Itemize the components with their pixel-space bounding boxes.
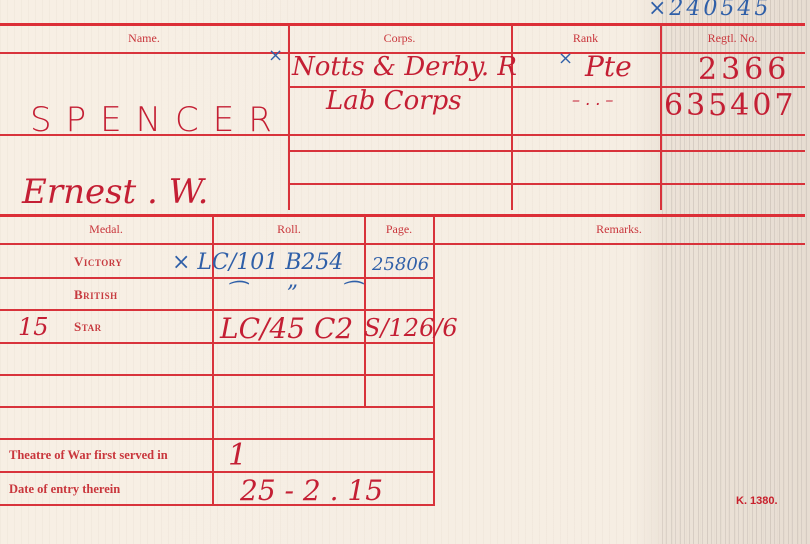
rule	[0, 214, 805, 217]
rule	[290, 150, 805, 152]
rule	[0, 471, 433, 473]
theatre-label: Theatre of War first served in	[9, 448, 168, 463]
rank-mark: ×	[558, 48, 573, 69]
rule	[0, 342, 433, 344]
date-label: Date of entry therein	[9, 482, 120, 497]
name-label: Name.	[0, 31, 288, 46]
regtl-no-label: Regtl. No.	[660, 31, 805, 46]
remarks-header: Remarks.	[434, 222, 804, 237]
date-value: 25 - 2 . 15	[240, 474, 383, 507]
medal-header: Medal.	[0, 222, 212, 237]
victory-page: 25806	[372, 254, 429, 275]
top-annotation: ×240545	[648, 0, 771, 21]
star-roll: LC/45 C2	[220, 312, 353, 345]
corps-mark: ×	[268, 45, 283, 66]
corps-label: Corps.	[288, 31, 511, 46]
medal-index-card: ×240545 Name. Corps. Rank Regtl. No. SPE…	[0, 0, 810, 544]
star-prefix: 15	[18, 313, 49, 341]
rank-line-1: Pte	[585, 50, 632, 83]
page-header: Page.	[364, 222, 434, 237]
rule	[0, 23, 805, 26]
rule	[0, 374, 433, 376]
rule	[0, 438, 433, 440]
british-roll: ⁀ ” ⁀	[226, 282, 377, 307]
corps-line-2: Lab Corps	[326, 86, 462, 116]
rule	[0, 243, 805, 245]
rule	[0, 406, 433, 408]
medal-star: Star	[74, 319, 102, 335]
regtl-no-2: 635407	[664, 88, 797, 123]
rank-label: Rank	[511, 31, 660, 46]
surname: SPENCER	[30, 100, 286, 140]
forenames: Ernest . W.	[22, 172, 208, 212]
rule	[290, 183, 805, 185]
rank-line-2: – . . –	[572, 90, 613, 109]
medal-victory: Victory	[74, 254, 122, 270]
rule	[433, 216, 435, 506]
form-code: K. 1380.	[736, 495, 778, 507]
rule	[364, 216, 366, 406]
rule	[0, 309, 433, 311]
rule	[0, 277, 433, 279]
medal-british: British	[74, 287, 118, 303]
regtl-no-1: 2366	[698, 52, 790, 87]
victory-roll: × LC/101 B254	[172, 250, 343, 275]
corps-line-1: Notts & Derby. R	[292, 52, 517, 82]
theatre-value: 1	[228, 438, 247, 473]
roll-header: Roll.	[214, 222, 364, 237]
star-page: S/126/6	[364, 314, 458, 342]
